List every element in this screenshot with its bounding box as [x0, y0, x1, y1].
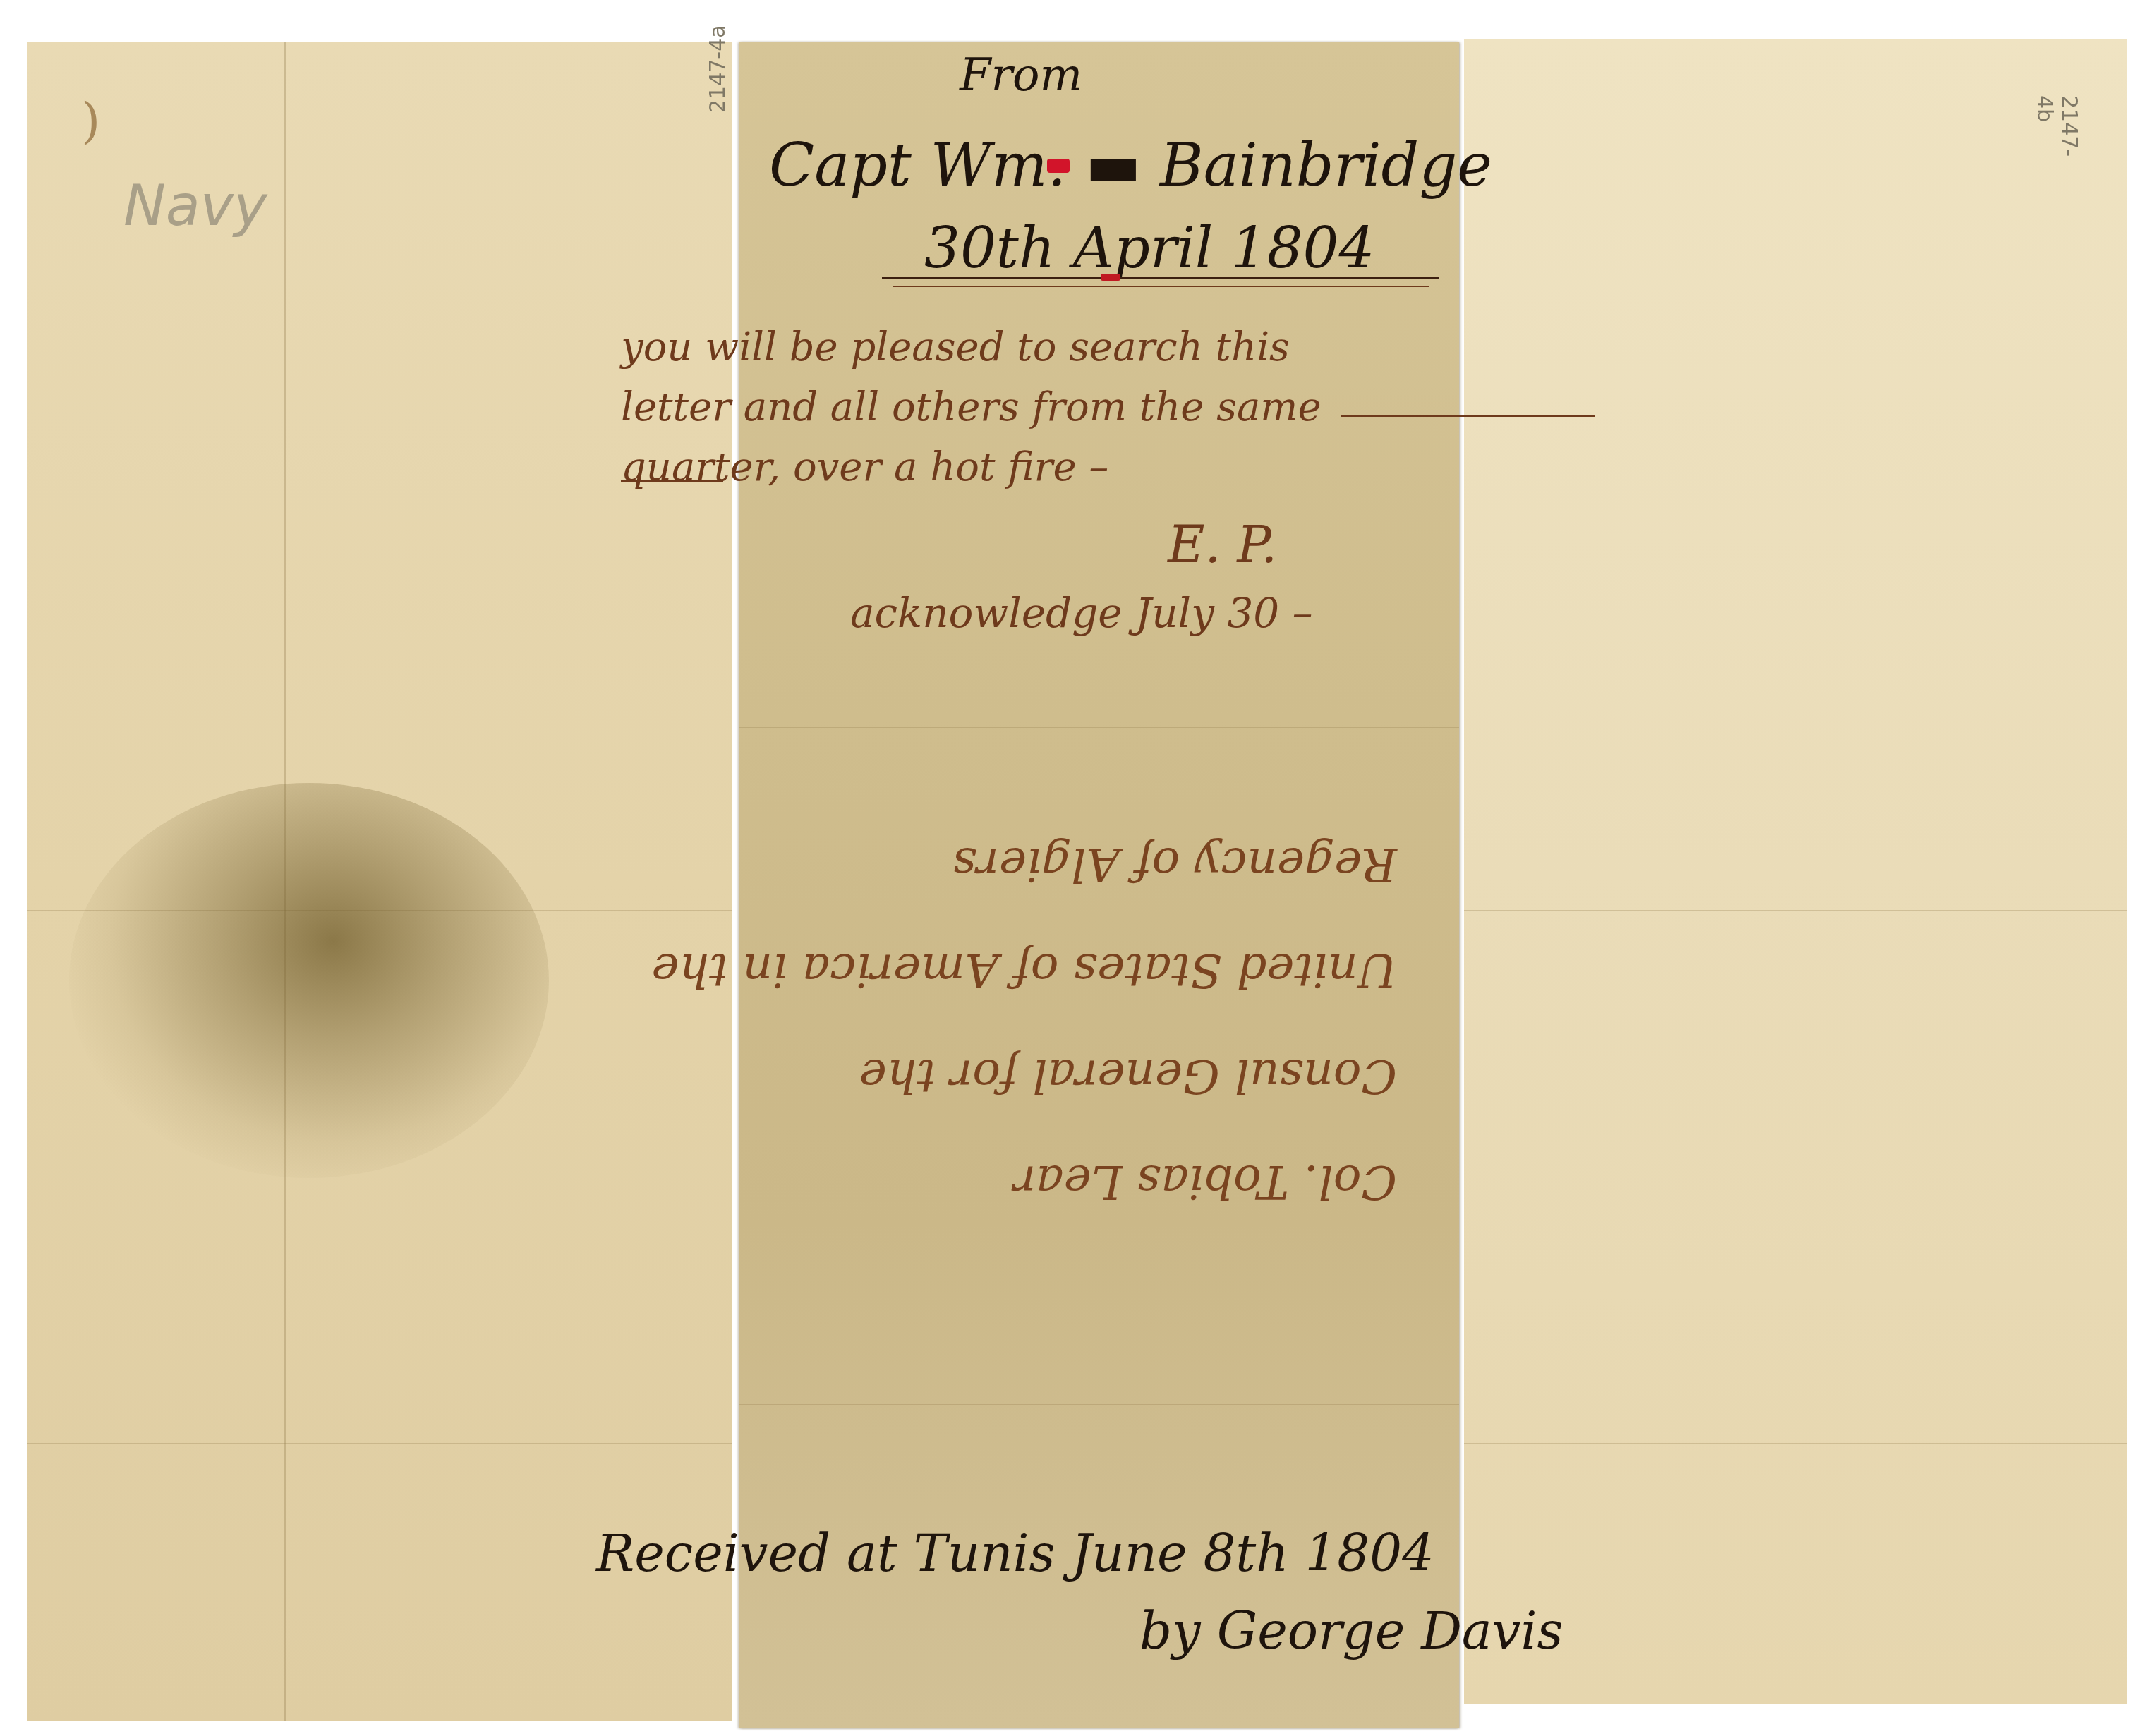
fold-line — [1464, 1443, 2127, 1444]
receipt-line: Received at Tunis June 8th 1804 — [596, 1524, 1434, 1583]
catalog-number-left: 2147-4a — [706, 25, 730, 113]
catalog-number-right: 2147-4b — [2032, 95, 2081, 161]
note-underline — [621, 480, 723, 482]
docket-underline — [882, 277, 1439, 279]
note-signature-initials: E. P. — [1168, 515, 1277, 574]
address-line-4: Regency of Algiers — [783, 811, 1439, 917]
pencil-bracket-mark: ) — [81, 92, 100, 150]
wax-seal-remnant — [1101, 274, 1120, 281]
address-line-3: United States of America in the — [783, 917, 1439, 1023]
receipt-signature: by George Davis — [1139, 1601, 1563, 1661]
wax-seal-remnant — [1047, 159, 1070, 173]
docket-underline — [893, 286, 1429, 287]
pencil-note-navy: Navy — [123, 173, 267, 238]
water-stain — [69, 783, 549, 1178]
docket-from-label: From — [960, 49, 1082, 102]
note-line-3: quarter, over a hot fire – — [621, 444, 1108, 490]
note-line-2: letter and all others from the same — [621, 384, 1322, 430]
left-panel — [27, 42, 732, 1721]
fold-line — [739, 727, 1459, 728]
address-line-2: Consul General for the — [783, 1023, 1439, 1129]
inverted-address-block: Col. Tobias Lear Consul General for the … — [783, 811, 1439, 1234]
address-line-1: Col. Tobias Lear — [783, 1129, 1439, 1234]
note-underline — [1341, 415, 1595, 417]
note-line-1: you will be pleased to search this — [621, 324, 1290, 370]
fold-line — [1464, 910, 2127, 911]
right-panel — [1464, 39, 2127, 1704]
note-acknowledged: acknowledge July 30 – — [850, 589, 1313, 637]
fold-line — [739, 1404, 1459, 1405]
docket-date: 30th April 1804 — [924, 215, 1374, 281]
fold-line — [27, 1443, 732, 1444]
docket-sender-name: Capt Wm. ▬ Bainbridge — [769, 130, 1492, 200]
